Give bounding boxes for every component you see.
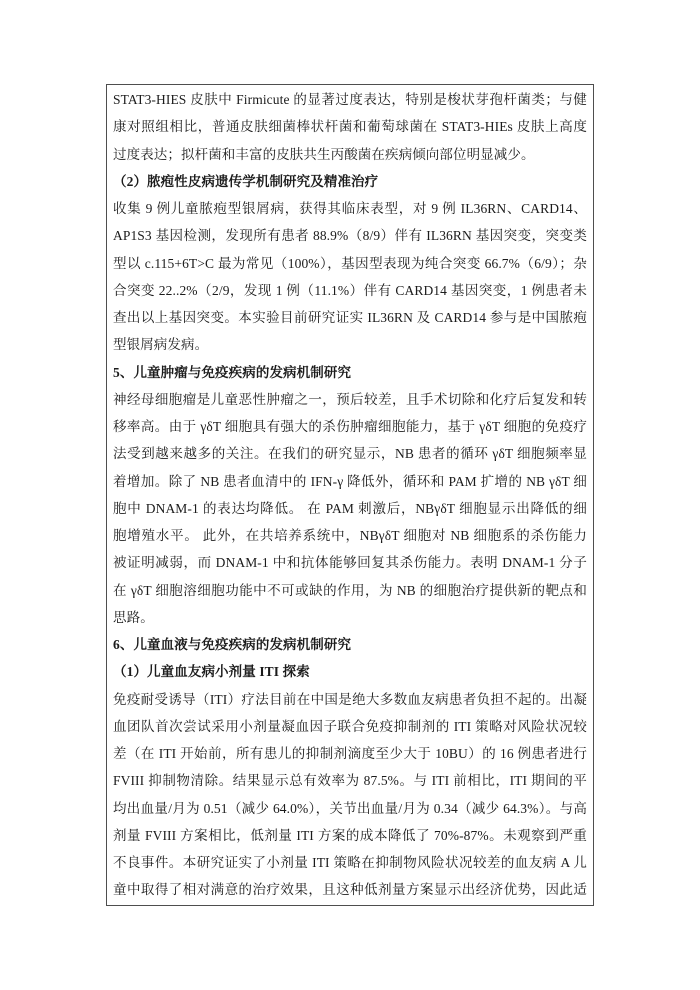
text-line: 剂量 FVIII 方案相比，低剂量 ITI 方案的成本降低了 70%-87%。未… (113, 822, 587, 849)
text-line: 神经母细胞瘤是儿童恶性肿瘤之一，预后较差，且手术切除和化疗后复发和转 (113, 386, 587, 413)
table-cell: STAT3-HIES 皮肤中 Firmicute 的显著过度表达，特别是梭状芽孢… (106, 84, 594, 906)
text-line: 血团队首次尝试采用小剂量凝血因子联合免疫抑制剂的 ITI 策略对风险状况较 (113, 713, 587, 740)
text-line: 均出血量/月为 0.51（减少 64.0%），关节出血量/月为 0.34（减少 … (113, 795, 587, 822)
text-line: 被证明减弱，而 DNAM-1 中和抗体能够回复其杀伤能力。表明 DNAM-1 分… (113, 549, 587, 576)
text-line: STAT3-HIES 皮肤中 Firmicute 的显著过度表达，特别是梭状芽孢… (113, 86, 587, 113)
section-heading: （1）儿童血友病小剂量 ITI 探索 (113, 658, 587, 685)
text-line: 移率高。由于 γδT 细胞具有强大的杀伤肿瘤细胞能力，基于 γδT 细胞的免疫疗 (113, 413, 587, 440)
text-line: 型以 c.115+6T>C 最为常见（100%），基因型表现为纯合突变 66.7… (113, 250, 587, 277)
text-line: 查出以上基因突变。本实验目前研究证实 IL36RN 及 CARD14 参与是中国… (113, 304, 587, 331)
section-heading: 6、儿童血液与免疫疾病的发病机制研究 (113, 631, 587, 658)
text-line: 差（在 ITI 开始前，所有患儿的抑制剂滴度至少大于 10BU）的 16 例患者… (113, 740, 587, 767)
document-page: STAT3-HIES 皮肤中 Firmicute 的显著过度表达，特别是梭状芽孢… (0, 0, 700, 990)
text-line: 思路。 (113, 604, 587, 631)
text-line: 胞增殖水平。 此外，在共培养系统中，NBγδT 细胞对 NB 细胞系的杀伤能力 (113, 522, 587, 549)
text-line: 胞中 DNAM-1 的表达均降低。 在 PAM 刺激后，NBγδT 细胞显示出降… (113, 495, 587, 522)
text-line: AP1S3 基因检测，发现所有患者 88.9%（8/9）伴有 IL36RN 基因… (113, 222, 587, 249)
text-line: 合突变 22..2%（2/9，发现 1 例（11.1%）伴有 CARD14 基因… (113, 277, 587, 304)
section-heading: 5、儿童肿瘤与免疫疾病的发病机制研究 (113, 359, 587, 386)
text-line: 收集 9 例儿童脓疱型银屑病，获得其临床表型，对 9 例 IL36RN、CARD… (113, 195, 587, 222)
text-line: 着增加。除了 NB 患者血清中的 IFN-γ 降低外，循环和 PAM 扩增的 N… (113, 468, 587, 495)
text-line: FVIII 抑制物清除。结果显示总有效率为 87.5%。与 ITI 前相比，IT… (113, 767, 587, 794)
text-line: 法受到越来越多的关注。在我们的研究显示，NB 患者的循环 γδT 细胞频率显 (113, 440, 587, 467)
text-line: 在 γδT 细胞溶细胞功能中不可或缺的作用，为 NB 的细胞治疗提供新的靶点和 (113, 577, 587, 604)
text-line: 型银屑病发病。 (113, 331, 587, 358)
text-line: 不良事件。本研究证实了小剂量 ITI 策略在抑制物风险状况较差的血友病 A 儿 (113, 849, 587, 876)
text-line: 过度表达；拟杆菌和丰富的皮肤共生丙酸菌在疾病倾向部位明显减少。 (113, 141, 587, 168)
text-line: 童中取得了相对满意的治疗效果，且这种低剂量方案显示出经济优势，因此适 (113, 876, 587, 903)
text-line: 免疫耐受诱导（ITI）疗法目前在中国是绝大多数血友病患者负担不起的。出凝 (113, 686, 587, 713)
text-line: 康对照组相比，普通皮肤细菌棒状杆菌和葡萄球菌在 STAT3-HIEs 皮肤上高度 (113, 113, 587, 140)
section-heading: （2）脓疱性皮病遗传学机制研究及精准治疗 (113, 168, 587, 195)
